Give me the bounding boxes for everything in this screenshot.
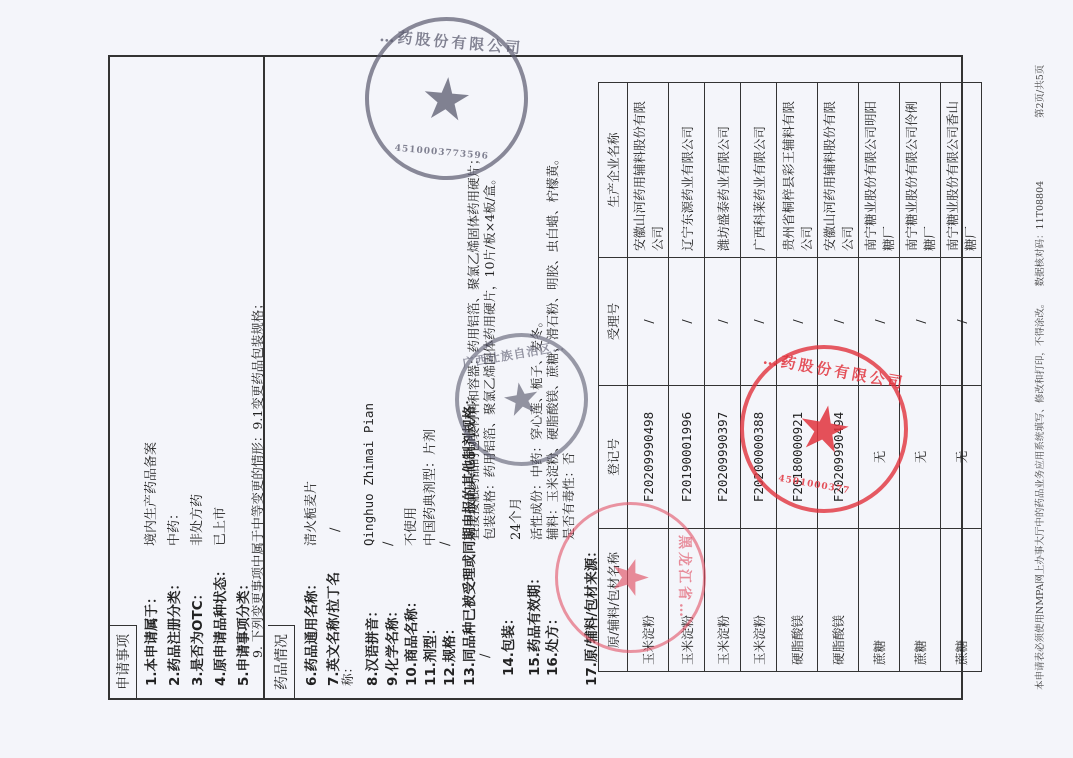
table-row: 玉米淀粉F20209990397/潍坊盛泰药业有限公司 <box>705 83 741 672</box>
field-label: 11.剂型： <box>419 622 439 686</box>
acceptance-no-cell: / <box>818 258 859 386</box>
registration-no-cell: 无 <box>900 386 941 529</box>
field-label: 2.药品注册分类： <box>163 577 183 686</box>
table-row: 玉米淀粉F20200000388/广西科莱药业有限公司 <box>741 83 777 672</box>
section-title-application: 申请事项 <box>110 625 137 698</box>
table-row: 硬脂酸镁F20209990494/安徽山河药用辅料股份有限公司 <box>818 83 859 672</box>
acceptance-no-cell: / <box>900 258 941 386</box>
registration-no-cell: F20190001996 <box>669 386 705 529</box>
field-value: 中国药典剂型：片剂 <box>419 429 438 546</box>
registration-no-cell: F20200000388 <box>741 386 777 529</box>
acceptance-no-cell: / <box>941 258 982 386</box>
manufacturer-cell: 南宁糖业股份有限公司明阳糖厂 <box>859 83 900 258</box>
table-row: 蔗糖无/南宁糖业股份有限公司伶俐糖厂 <box>900 83 941 672</box>
registration-no-cell: F20209990498 <box>628 386 669 529</box>
material-name-cell: 硬脂酸镁 <box>818 529 859 672</box>
table-row: 蔗糖无/南宁糖业股份有限公司香山糖厂 <box>941 83 982 672</box>
field-label: 12.规格： <box>438 622 458 686</box>
field-value: 不使用 <box>400 507 419 546</box>
pinyin-value: Qinghuo Zhimai Pian <box>361 403 376 546</box>
col-header-acceptance: 受理号 <box>599 258 628 386</box>
field-label: 8.汉语拼音： <box>361 604 381 686</box>
table-row: 玉米淀粉F20190001996/辽宁东源药业有限公司 <box>669 83 705 672</box>
material-name-cell: 蔗糖 <box>941 529 982 672</box>
table-row: 硬脂酸镁F20180000921/贵州省桐梓县彩王辅料有限公司 <box>777 83 818 672</box>
registration-no-cell: F20209990494 <box>818 386 859 529</box>
section-title-drug: 药品情况 <box>268 625 295 698</box>
field-label: 1.本申请属于： <box>140 590 160 686</box>
field-label: 9.化学名称： <box>381 604 401 686</box>
manufacturer-cell: 安徽山河药用辅料股份有限公司 <box>818 83 859 258</box>
field-label: 14.包装： <box>497 612 517 676</box>
field-label: 6.药品通用名称： <box>300 577 320 686</box>
field-label: 10.商品名称： <box>400 595 420 686</box>
table-header-row: 原/辅料/包材名称 登记号 受理号 生产企业名称 <box>599 83 628 672</box>
field-value: / <box>328 528 343 532</box>
page-number: 第2页/共5页 <box>1032 65 1046 118</box>
acceptance-no-cell: / <box>859 258 900 386</box>
manufacturer-cell: 安徽山河药用辅料股份有限公司 <box>628 83 669 258</box>
acceptance-no-cell: / <box>741 258 777 386</box>
manufacturer-cell: 南宁糖业股份有限公司香山糖厂 <box>941 83 982 258</box>
material-name-cell: 玉米淀粉 <box>705 529 741 672</box>
field-value: / <box>478 654 493 658</box>
manufacturer-cell: 贵州省桐梓县彩王辅料有限公司 <box>777 83 818 258</box>
footer-notice: 本申请表必须使用NMPA网上办事大厅中的药品业务应用系统填写、修改和打印，不得涂… <box>1032 181 1046 690</box>
registration-no-cell: F20180000921 <box>777 386 818 529</box>
materials-table: 原/辅料/包材名称 登记号 受理号 生产企业名称 玉米淀粉F2020999049… <box>598 82 982 672</box>
field-value: 非处方药 <box>186 494 205 546</box>
col-header-manufacturer: 生产企业名称 <box>599 83 628 258</box>
manufacturer-cell: 辽宁东源药业有限公司 <box>669 83 705 258</box>
material-name-cell: 蔗糖 <box>900 529 941 672</box>
field-value: / <box>381 542 396 546</box>
col-header-registration: 登记号 <box>599 386 628 529</box>
field-label-cont: 称： <box>338 661 356 686</box>
field-value: 中药： <box>163 507 182 546</box>
document-page: 申请事项 1.本申请属于： 境内生产药品备案 2.药品注册分类： 中药： 3.是… <box>0 0 1073 758</box>
shelf-life-value: 24个月 <box>505 497 524 540</box>
registration-no-cell: 无 <box>859 386 900 529</box>
acceptance-no-cell: / <box>705 258 741 386</box>
manufacturer-cell: 潍坊盛泰药业有限公司 <box>705 83 741 258</box>
field-label: 17.原/辅料/包材来源： <box>580 544 600 686</box>
material-name-cell: 玉米淀粉 <box>741 529 777 672</box>
drug-name-value: 清火栀麦片 <box>300 481 319 546</box>
change-item-text: 9. 下列变更事项中属于中等变更的情形：9.1变更药品包装规格； <box>248 297 266 658</box>
registration-no-cell: F20209990397 <box>705 386 741 529</box>
packaging-value-line2: 包装规格：药用铝箔、聚氯乙烯固体药用硬片，10片/板×4板/盒。 <box>480 172 498 540</box>
registration-no-cell: 无 <box>941 386 982 529</box>
acceptance-no-cell: / <box>777 258 818 386</box>
field-value: / <box>438 542 453 546</box>
material-name-cell: 硬脂酸镁 <box>777 529 818 672</box>
manufacturer-cell: 南宁糖业股份有限公司伶俐糖厂 <box>900 83 941 258</box>
field-value: 境内生产药品备案 <box>140 442 159 546</box>
field-label: 3.是否为OTC： <box>186 587 206 686</box>
field-label: 15.药品有效期： <box>523 571 543 676</box>
col-header-name: 原/辅料/包材名称 <box>599 529 628 672</box>
field-value: 已上市 <box>209 507 228 546</box>
material-name-cell: 玉米淀粉 <box>628 529 669 672</box>
table-row: 蔗糖无/南宁糖业股份有限公司明阳糖厂 <box>859 83 900 672</box>
prescription-line3: 是否有毒性：否 <box>559 452 577 540</box>
acceptance-no-cell: / <box>628 258 669 386</box>
material-name-cell: 蔗糖 <box>859 529 900 672</box>
material-name-cell: 玉米淀粉 <box>669 529 705 672</box>
field-label: 4.原申请品种状态： <box>209 563 229 686</box>
field-label: 16.处方： <box>541 612 561 676</box>
manufacturer-cell: 广西科莱药业有限公司 <box>741 83 777 258</box>
table-row: 玉米淀粉F20209990498/安徽山河药用辅料股份有限公司 <box>628 83 669 672</box>
acceptance-no-cell: / <box>669 258 705 386</box>
